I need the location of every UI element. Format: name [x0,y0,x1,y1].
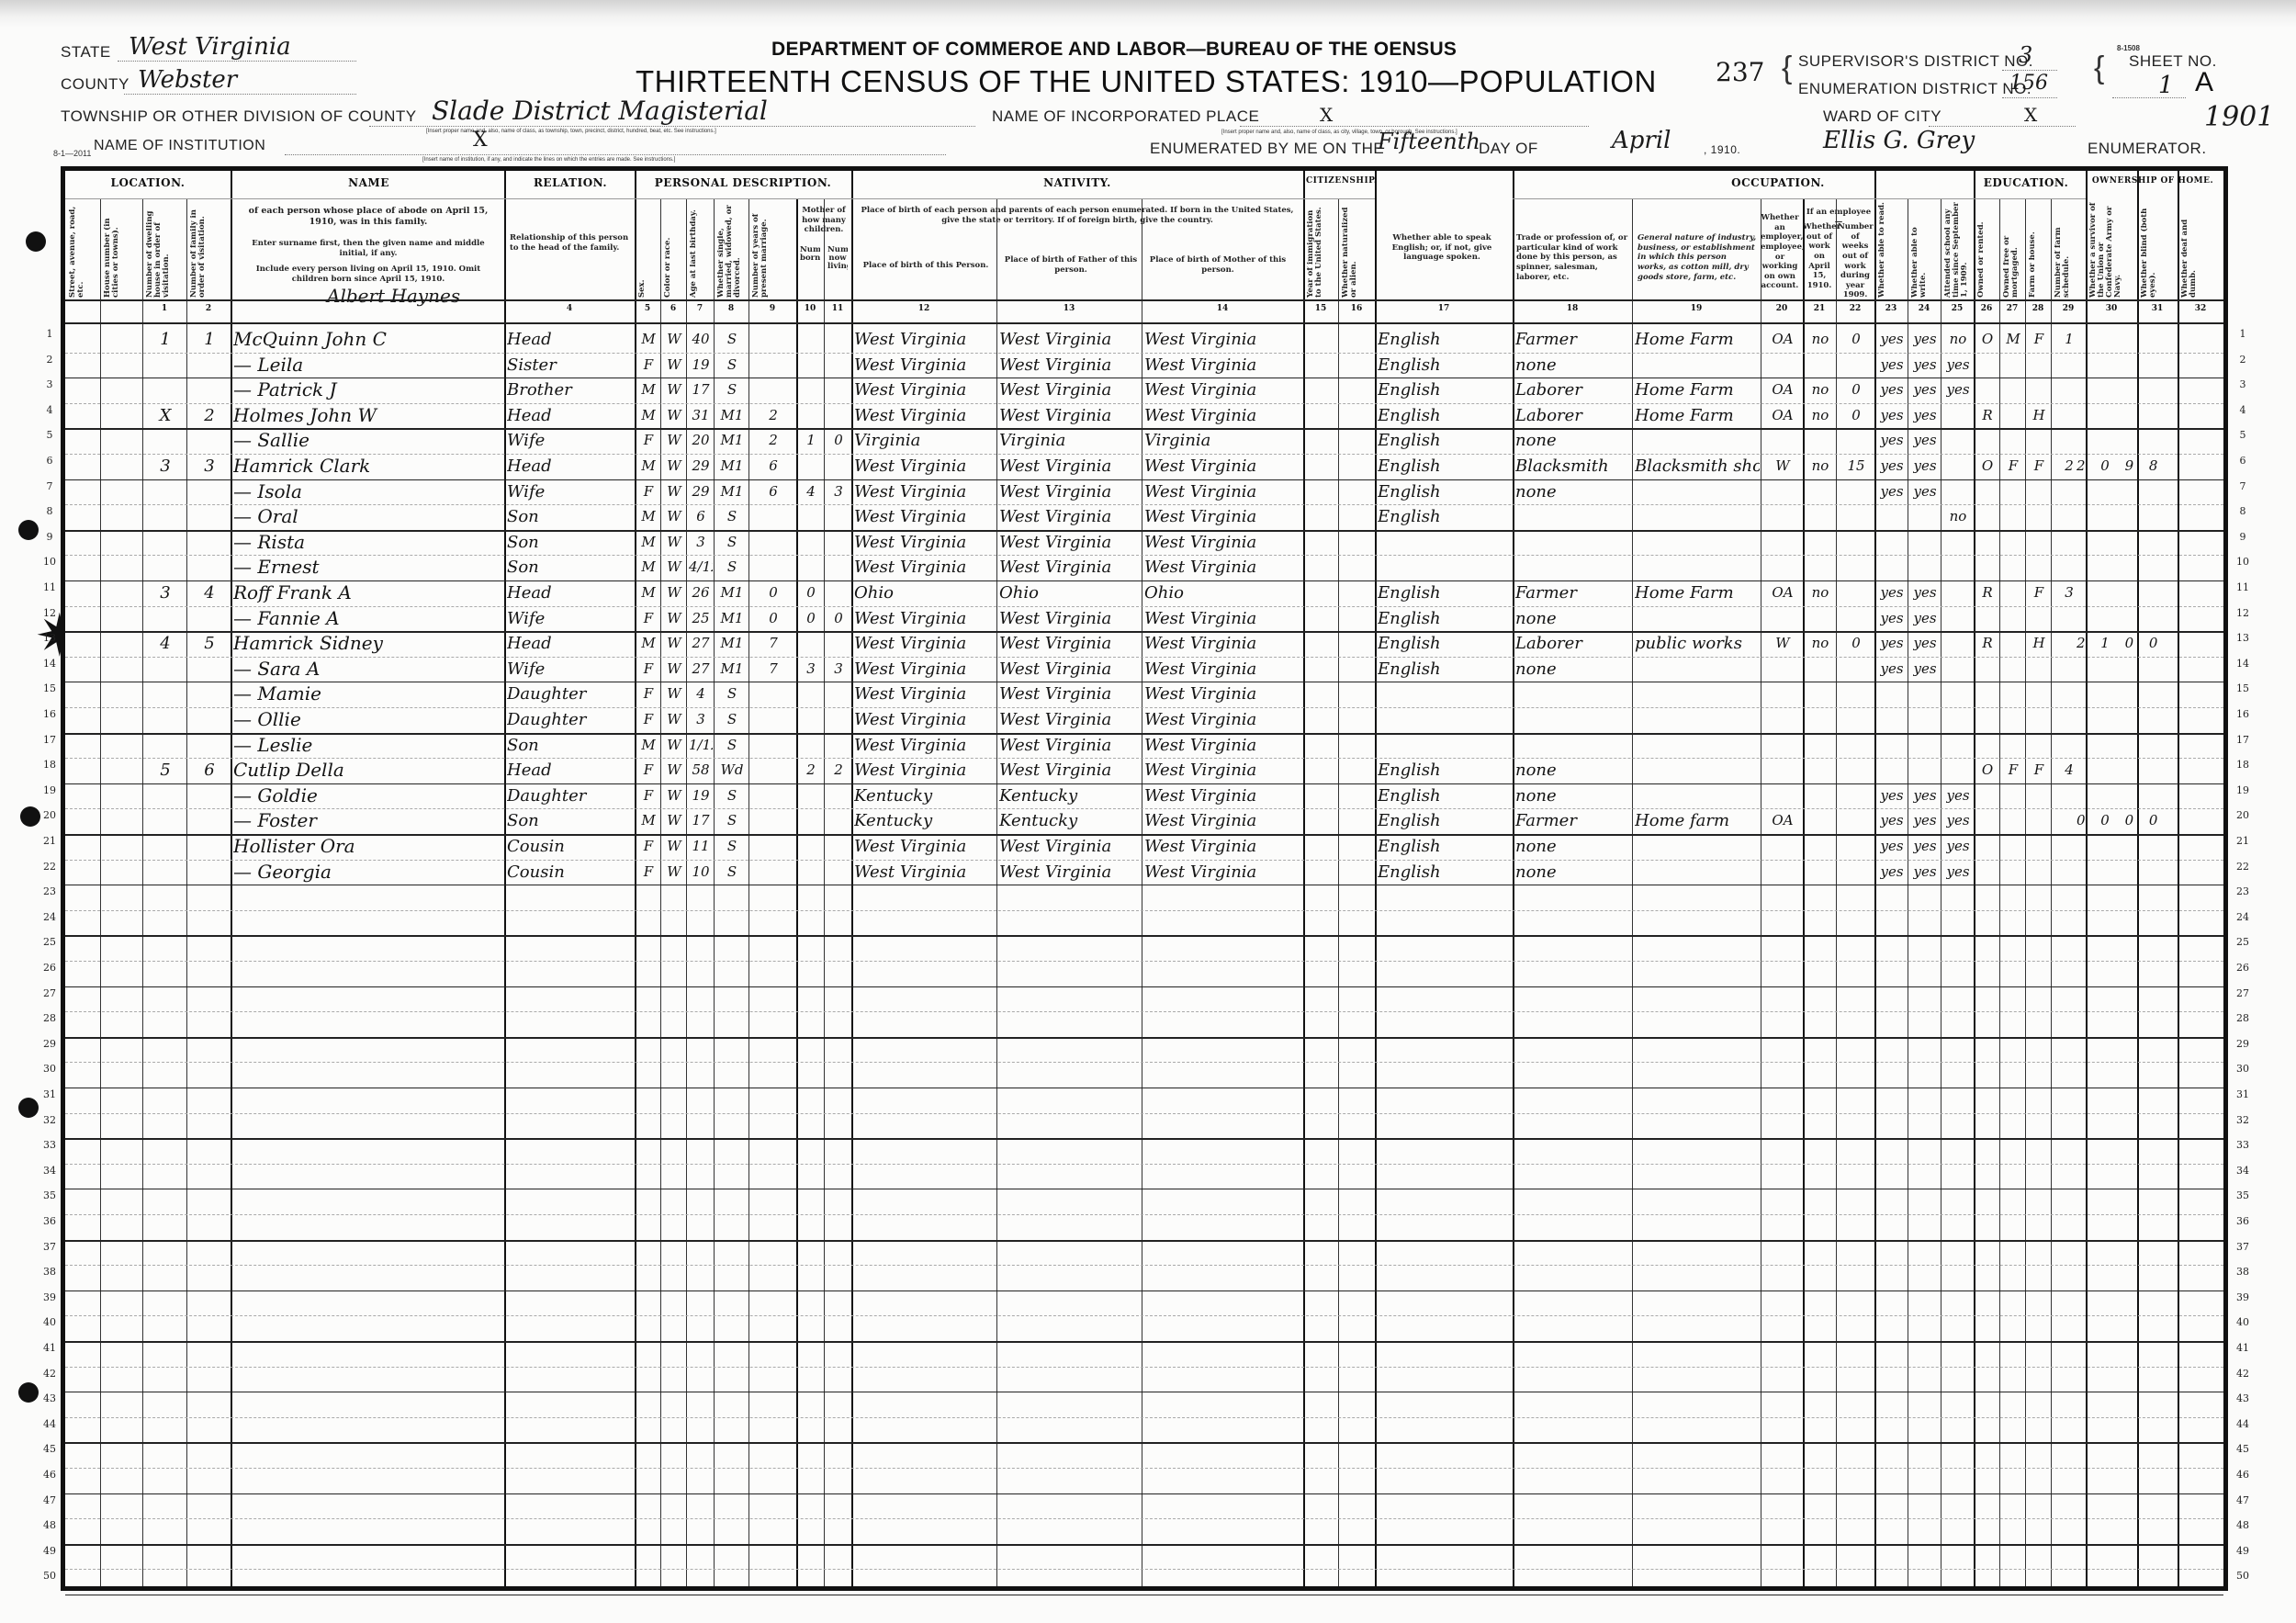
cell-name: — Leslie [233,733,503,758]
cell-marital: S [716,783,748,808]
cell-age: 19 [689,353,713,378]
line-number: 47 [2234,1494,2252,1506]
cell-name: — Georgia [233,860,503,885]
cell-family: 6 [189,758,230,783]
row-divider [65,1240,2223,1242]
vertical-header-blind: Whether blind (both eyes). [2141,202,2174,298]
cell-race: W [663,682,685,706]
vertical-header-yrs: Number of years of present marriage. [752,202,793,298]
cell-school: yes [1943,834,1973,859]
cell-school: yes [1943,783,1973,808]
vertical-header-race: Color or race. [664,202,682,298]
header-divider [231,198,504,199]
cell-name: — Fannie A [233,606,503,631]
cell-bp: West Virginia [854,758,996,783]
trade-header: Trade or profession of, or particular ki… [1516,233,1632,282]
row-divider [65,1442,2223,1444]
brace-left: { [1782,51,1792,86]
cell-yrs: 0 [751,606,795,631]
cell-lang: English [1378,327,1512,352]
line-number: 38 [40,1266,59,1278]
cell-emp: OA [1763,378,1802,402]
cell-sex: F [637,657,659,682]
line-number: 10 [40,556,59,568]
name-annotation: Albert Haynes [327,285,460,307]
cell-read: yes [1877,327,1907,352]
line-number: 33 [40,1139,59,1151]
cell-relation: Son [507,555,634,580]
cell-born: 0 [799,580,823,605]
cell-dwelling: 5 [145,758,186,783]
cell-relation: Head [507,403,634,428]
cell-free: F [2002,758,2024,783]
line-number: 23 [2234,885,2252,897]
line-number: 5 [40,429,59,441]
cell-read: yes [1877,631,1907,656]
enumerated-prefix: ENUMERATED BY ME ON THE [1150,140,1384,158]
cell-emp: OA [1763,580,1802,605]
line-number: 9 [40,531,59,543]
cell-school: yes [1943,808,1973,833]
line-number: 45 [40,1443,59,1455]
cell-name: — Sallie [233,428,503,453]
cell-oow: no [1806,403,1835,428]
line-number: 31 [2234,1088,2252,1100]
group-header-nativity: NATIVITY. [852,176,1302,189]
row-divider [65,1291,2223,1291]
cell-relation: Brother [507,378,634,402]
column-number: 28 [2025,304,2051,321]
cell-relation: Cousin [507,860,634,885]
cell-bpm: West Virginia [1144,327,1302,352]
row-divider [65,1392,2223,1392]
cell-lang: English [1378,479,1512,504]
line-number: 32 [2234,1114,2252,1126]
cell-farm: F [2028,758,2050,783]
cell-emp: W [1763,454,1802,479]
cell-bpm: West Virginia [1144,353,1302,378]
line-number: 41 [40,1342,59,1354]
vertical-header-read: Whether able to read. [1878,202,1904,298]
state-value: West Virginia [129,33,291,61]
cell-write: yes [1910,606,1940,631]
group-header-occupation: OCCUPATION. [1512,176,2044,189]
cell-sex: F [637,707,659,732]
cell-marital: S [716,327,748,352]
cell-industry: Home Farm [1635,403,1760,428]
cell-oow: no [1806,454,1835,479]
line-number: 44 [2234,1418,2252,1430]
cell-relation: Head [507,580,634,605]
cell-trade: none [1515,860,1631,885]
cell-bp: West Virginia [854,606,996,631]
cell-trade: none [1515,834,1631,859]
cell-own: O [1976,454,1998,479]
column-number: 8 [714,304,748,321]
cell-name: Holmes John W [233,403,503,428]
cell-bpf: West Virginia [999,327,1141,352]
cell-lang: English [1378,454,1512,479]
cell-race: W [663,860,685,885]
cell-marital: S [716,707,748,732]
cell-write: yes [1910,327,1940,352]
cell-marital: Wd [716,758,748,783]
cell-bp: West Virginia [854,555,996,580]
incorporated-label: NAME OF INCORPORATED PLACE [992,107,1259,126]
cell-lang: English [1378,606,1512,631]
cell-read: yes [1877,454,1907,479]
institution-hint: [Insert name of institution, if any, and… [422,157,675,163]
line-number: 44 [40,1418,59,1430]
cell-farm: H [2028,631,2050,656]
line-number: 45 [2234,1443,2252,1455]
cell-race: W [663,758,685,783]
institution-value: X [473,129,488,152]
line-number: 6 [40,455,59,467]
vertical-header-nat: Whether naturalized or alien. [1342,202,1371,298]
scan-smudge [0,0,2296,28]
cell-oow: no [1806,378,1835,402]
cell-race: W [663,353,685,378]
cell-trade: Laborer [1515,378,1631,402]
cell-read: yes [1877,860,1907,885]
cell-write: yes [1910,378,1940,402]
cell-read: yes [1877,479,1907,504]
line-number: 33 [2234,1139,2252,1151]
line-number: 36 [2234,1215,2252,1227]
line-number: 48 [2234,1519,2252,1531]
cell-bpf: West Virginia [999,657,1141,682]
cell-lang: English [1378,808,1512,833]
cell-lang: English [1378,834,1512,859]
supervisor-label: SUPERVISOR'S DISTRICT NO. [1798,52,2033,71]
cell-bp: West Virginia [854,657,996,682]
cell-emp: OA [1763,808,1802,833]
table-row: — OralSonMW6SWest VirginiaWest VirginiaW… [65,504,2223,530]
cell-bpf: West Virginia [999,454,1141,479]
cell-sex: F [637,758,659,783]
cell-own: R [1976,403,1998,428]
cell-relation: Cousin [507,834,634,859]
cell-read: yes [1877,783,1907,808]
language-header: Whether able to speak English; or, if no… [1377,233,1507,263]
cell-bp: West Virginia [854,530,996,555]
line-number: 48 [40,1519,59,1531]
cell-bpm: West Virginia [1144,479,1302,504]
cell-weeks: 0 [1839,327,1874,352]
cell-yrs: 6 [751,454,795,479]
line-number: 8 [40,505,59,517]
cell-race: W [663,834,685,859]
line-number: 25 [40,936,59,948]
line-number: 11 [2234,581,2252,593]
table-row: — GoldieDaughterFW19SKentuckyKentuckyWes… [65,783,2223,809]
cell-extra: 0 0 0 0 [2077,808,2211,833]
birth-mother-header: Place of birth of Mother of this person. [1149,255,1287,275]
margin-code: 8-1—2011 [53,149,91,158]
cell-lang: English [1378,860,1512,885]
column-number: 18 [1513,304,1632,321]
vertical-header-sex: Sex. [638,202,657,298]
vertical-header-farm: Farm or house. [2029,202,2047,298]
sheet-value: 1 [2158,72,2174,99]
cell-sex: M [637,454,659,479]
vertical-header-free: Owned free or mortgaged. [2003,202,2021,298]
line-number: 7 [40,480,59,492]
cell-trade: Laborer [1515,631,1631,656]
column-number: 21 [1803,304,1836,321]
birth-person-header: Place of birth of this Person. [857,261,995,271]
cell-age: 4 [689,682,713,706]
vertical-header-sched: Number of farm schedule. [2054,202,2082,298]
cell-name: — Sara A [233,657,503,682]
cell-read: yes [1877,580,1907,605]
group-header-education: EDUCATION. [1966,176,2086,189]
line-number: 4 [2234,404,2252,416]
cell-sex: M [637,504,659,529]
cell-own: R [1976,631,1998,656]
row-divider [65,1493,2223,1494]
cell-emp: OA [1763,403,1802,428]
header-divider [851,198,1303,199]
cell-marital: S [716,834,748,859]
cell-bpf: Ohio [999,580,1141,605]
out-of-work-header: Whether out of work on April 15, 1910. [1803,222,1836,290]
line-number: 13 [40,632,59,644]
cell-sex: F [637,479,659,504]
column-number: 2 [186,304,231,321]
line-number: 38 [2234,1266,2252,1278]
cell-name: — Mamie [233,682,503,706]
line-number: 26 [2234,962,2252,974]
cell-bpf: West Virginia [999,834,1141,859]
line-number: 42 [40,1368,59,1380]
line-number: 22 [40,861,59,873]
cell-age: 3 [689,707,713,732]
cell-bpf: West Virginia [999,530,1141,555]
cell-write: yes [1910,783,1940,808]
vertical-header-house: House number (in cities or towns). [104,202,139,298]
ward-label: WARD OF CITY [1823,107,1941,126]
cell-write: yes [1910,580,1940,605]
line-number: 23 [40,885,59,897]
line-number: 21 [40,835,59,847]
cell-dwelling: 3 [145,454,186,479]
header-divider [65,198,231,199]
column-number: 6 [660,304,686,321]
cell-relation: Wife [507,606,634,631]
census-table: LOCATION. NAME RELATION. PERSONAL DESCRI… [61,166,2228,1591]
cell-lang: English [1378,758,1512,783]
cell-bpm: West Virginia [1144,555,1302,580]
column-number: 1 [142,304,186,321]
cell-read: yes [1877,657,1907,682]
row-divider [65,1037,2223,1039]
cell-name: Hollister Ora [233,834,503,859]
cell-relation: Son [507,808,634,833]
cell-race: W [663,733,685,758]
cell-weeks: 15 [1839,454,1874,479]
cell-name: McQuinn John C [233,327,503,352]
name-instruction: Enter surname first, then the given name… [240,239,497,258]
vertical-header-dwelling: Number of dwelling house in order of vis… [146,202,183,298]
cell-industry: Home farm [1635,808,1760,833]
cell-write: yes [1910,353,1940,378]
cell-name: — Leila [233,353,503,378]
table-row: — IsolaWifeFW29M1643West VirginiaWest Vi… [65,479,2223,505]
line-number: 7 [2234,480,2252,492]
table-row: — OllieDaughterFW3SWest VirginiaWest Vir… [65,707,2223,733]
cell-bpf: West Virginia [999,682,1141,706]
line-number: 19 [2234,784,2252,796]
line-number: 15 [2234,682,2252,694]
cell-marital: S [716,682,748,706]
column-number: 10 [796,304,824,321]
cell-industry: Home Farm [1635,378,1760,402]
cell-bpf: West Virginia [999,353,1141,378]
cell-bp: Kentucky [854,783,996,808]
nativity-description: Place of birth of each person and parent… [857,206,1298,225]
row-divider [65,1088,2223,1088]
cell-relation: Head [507,327,634,352]
cell-relation: Son [507,530,634,555]
cell-name: — Ernest [233,555,503,580]
header-divider [504,198,635,199]
line-number: 14 [40,658,59,670]
cell-name: — Rista [233,530,503,555]
cell-dwelling: 4 [145,631,186,656]
table-row: — ErnestSonMW4/12SWest VirginiaWest Virg… [65,555,2223,580]
column-number: 27 [1999,304,2025,321]
row-divider [65,1518,2223,1519]
cell-lang: English [1378,631,1512,656]
cell-sched: 1 [2054,327,2085,352]
cell-age: 27 [689,631,713,656]
cell-bpf: West Virginia [999,860,1141,885]
cell-age: 6 [689,504,713,529]
cell-living: 0 [827,428,850,453]
table-row: X2Holmes John WHeadMW31M12West VirginiaW… [65,403,2223,429]
cell-sched: 3 [2054,580,2085,605]
line-number: 40 [40,1316,59,1328]
cell-race: W [663,378,685,402]
line-number: 43 [40,1392,59,1404]
cell-race: W [663,606,685,631]
cell-name: Roff Frank A [233,580,503,605]
line-number: 20 [40,809,59,821]
cell-farm: F [2028,454,2050,479]
cell-bp: West Virginia [854,454,996,479]
cell-emp: W [1763,631,1802,656]
cell-sched: 4 [2054,758,2085,783]
cell-bp: West Virginia [854,631,996,656]
header-divider [1303,198,1375,199]
cell-relation: Daughter [507,783,634,808]
cell-living: 0 [827,606,850,631]
row-divider [65,1113,2223,1114]
cell-born: 0 [799,606,823,631]
table-row: 33Hamrick ClarkHeadMW29M16West VirginiaW… [65,454,2223,479]
enumerator-name: Ellis G. Grey [1823,127,1975,154]
column-number: 23 [1874,304,1908,321]
cell-industry: Home Farm [1635,580,1760,605]
cell-relation: Head [507,631,634,656]
line-number: 28 [2234,1012,2252,1024]
cell-marital: S [716,555,748,580]
cell-lang: English [1378,580,1512,605]
cell-lang: English [1378,428,1512,453]
binding-hole [18,520,39,540]
cell-lang: English [1378,657,1512,682]
cell-bpf: West Virginia [999,707,1141,732]
line-number: 50 [2234,1570,2252,1582]
cell-bp: West Virginia [854,403,996,428]
line-number: 3 [40,378,59,390]
row-divider [65,1138,2223,1140]
line-number: 47 [40,1494,59,1506]
table-row: — LeslieSonMW1/12SWest VirginiaWest Virg… [65,733,2223,759]
line-number: 49 [2234,1545,2252,1557]
cell-weeks: 0 [1839,403,1874,428]
vertical-header-write: Whether able to write. [1911,202,1937,298]
cell-write: yes [1910,834,1940,859]
table-row: 56Cutlip DellaHeadFW58Wd22West VirginiaW… [65,758,2223,783]
line-number: 20 [2234,809,2252,821]
table-row: — FosterSonMW17SKentuckyKentuckyWest Vir… [65,808,2223,834]
cell-age: 40 [689,327,713,352]
archive-number: 1901 [2204,101,2274,133]
cell-farm: F [2028,327,2050,352]
county-label: COUNTY [61,75,129,94]
cell-marital: S [716,378,748,402]
cell-race: W [663,428,685,453]
cell-family: 4 [189,580,230,605]
cell-bpf: West Virginia [999,378,1141,402]
cell-marital: S [716,860,748,885]
cell-trade: none [1515,606,1631,631]
industry-header: General nature of industry, business, or… [1638,233,1757,282]
cell-yrs: 2 [751,428,795,453]
cell-sex: M [637,530,659,555]
cell-bp: West Virginia [854,378,996,402]
cell-name: — Patrick J [233,378,503,402]
birth-father-header: Place of birth of Father of this person. [1002,255,1140,275]
cell-write: yes [1910,631,1940,656]
line-number: 9 [2234,531,2252,543]
line-number: 29 [40,1038,59,1050]
header-divider [1874,198,1974,199]
cell-bpf: Kentucky [999,808,1141,833]
line-number: 24 [40,911,59,923]
state-label: STATE [61,43,111,62]
table-row: Hollister OraCousinFW11SWest VirginiaWes… [65,834,2223,860]
cell-race: W [663,454,685,479]
cell-relation: Head [507,758,634,783]
vertical-header-immig: Year of immigration to the United States… [1307,202,1334,298]
cell-bpf: Virginia [999,428,1141,453]
column-number: 32 [2178,304,2223,321]
cell-read: yes [1877,606,1907,631]
cell-bpm: West Virginia [1144,834,1302,859]
cell-read: yes [1877,428,1907,453]
group-header-personal: PERSONAL DESCRIPTION. [637,176,849,189]
group-header-location: LOCATION. [65,176,231,189]
row-divider [65,1315,2223,1316]
column-number: 22 [1836,304,1874,321]
line-number: 21 [2234,835,2252,847]
column-number: 14 [1142,304,1303,321]
row-divider [65,910,2223,911]
